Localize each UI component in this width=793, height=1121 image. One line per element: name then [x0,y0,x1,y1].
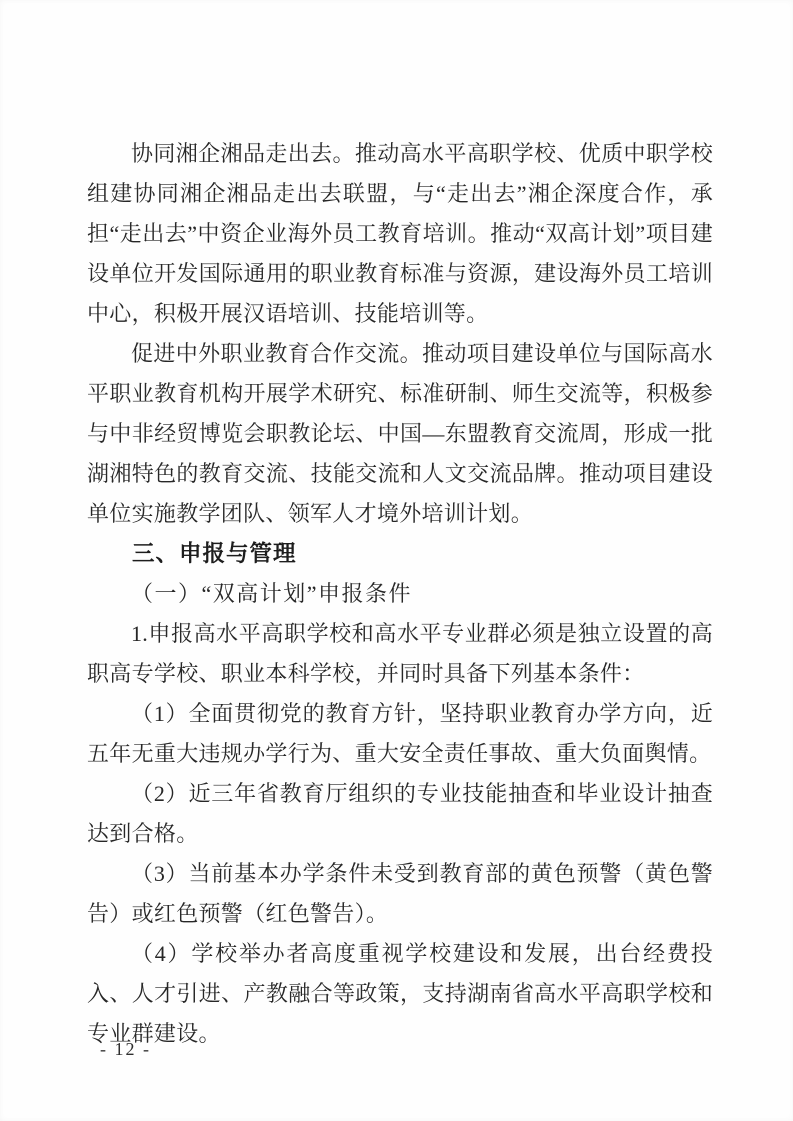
paragraph-condition-4: （4）学校举办者高度重视学校建设和发展，出台经费投入、人才引进、产教融合等政策，… [87,934,713,1054]
paragraph-condition-1: （1）全面贯彻党的教育方针，坚持职业教育办学方向，近五年无重大违规办学行为、重大… [87,694,713,774]
page-number: - 12 - [100,1036,151,1062]
paragraph-condition-3: （3）当前基本办学条件未受到教育部的黄色预警（黄色警告）或红色预警（红色警告）。 [87,854,713,934]
document-page: 协同湘企湘品走出去。推动高水平高职学校、优质中职学校组建协同湘企湘品走出去联盟，… [0,0,793,1121]
section-heading-application-management: 三、申报与管理 [87,534,713,574]
paragraph-condition-intro: 1.申报高水平高职学校和高水平专业群必须是独立设置的高职高专学校、职业本科学校，… [87,614,713,694]
paragraph-international-cooperation: 促进中外职业教育合作交流。推动项目建设单位与国际高水平职业教育机构开展学术研究、… [87,334,713,534]
paragraph-condition-2: （2）近三年省教育厅组织的专业技能抽查和毕业设计抽查达到合格。 [87,774,713,854]
document-body: 协同湘企湘品走出去。推动高水平高职学校、优质中职学校组建协同湘企湘品走出去联盟，… [87,134,713,1054]
subsection-heading-application-conditions: （一）“双高计划”申报条件 [87,574,713,614]
paragraph-collaboration-go-global: 协同湘企湘品走出去。推动高水平高职学校、优质中职学校组建协同湘企湘品走出去联盟，… [87,134,713,334]
